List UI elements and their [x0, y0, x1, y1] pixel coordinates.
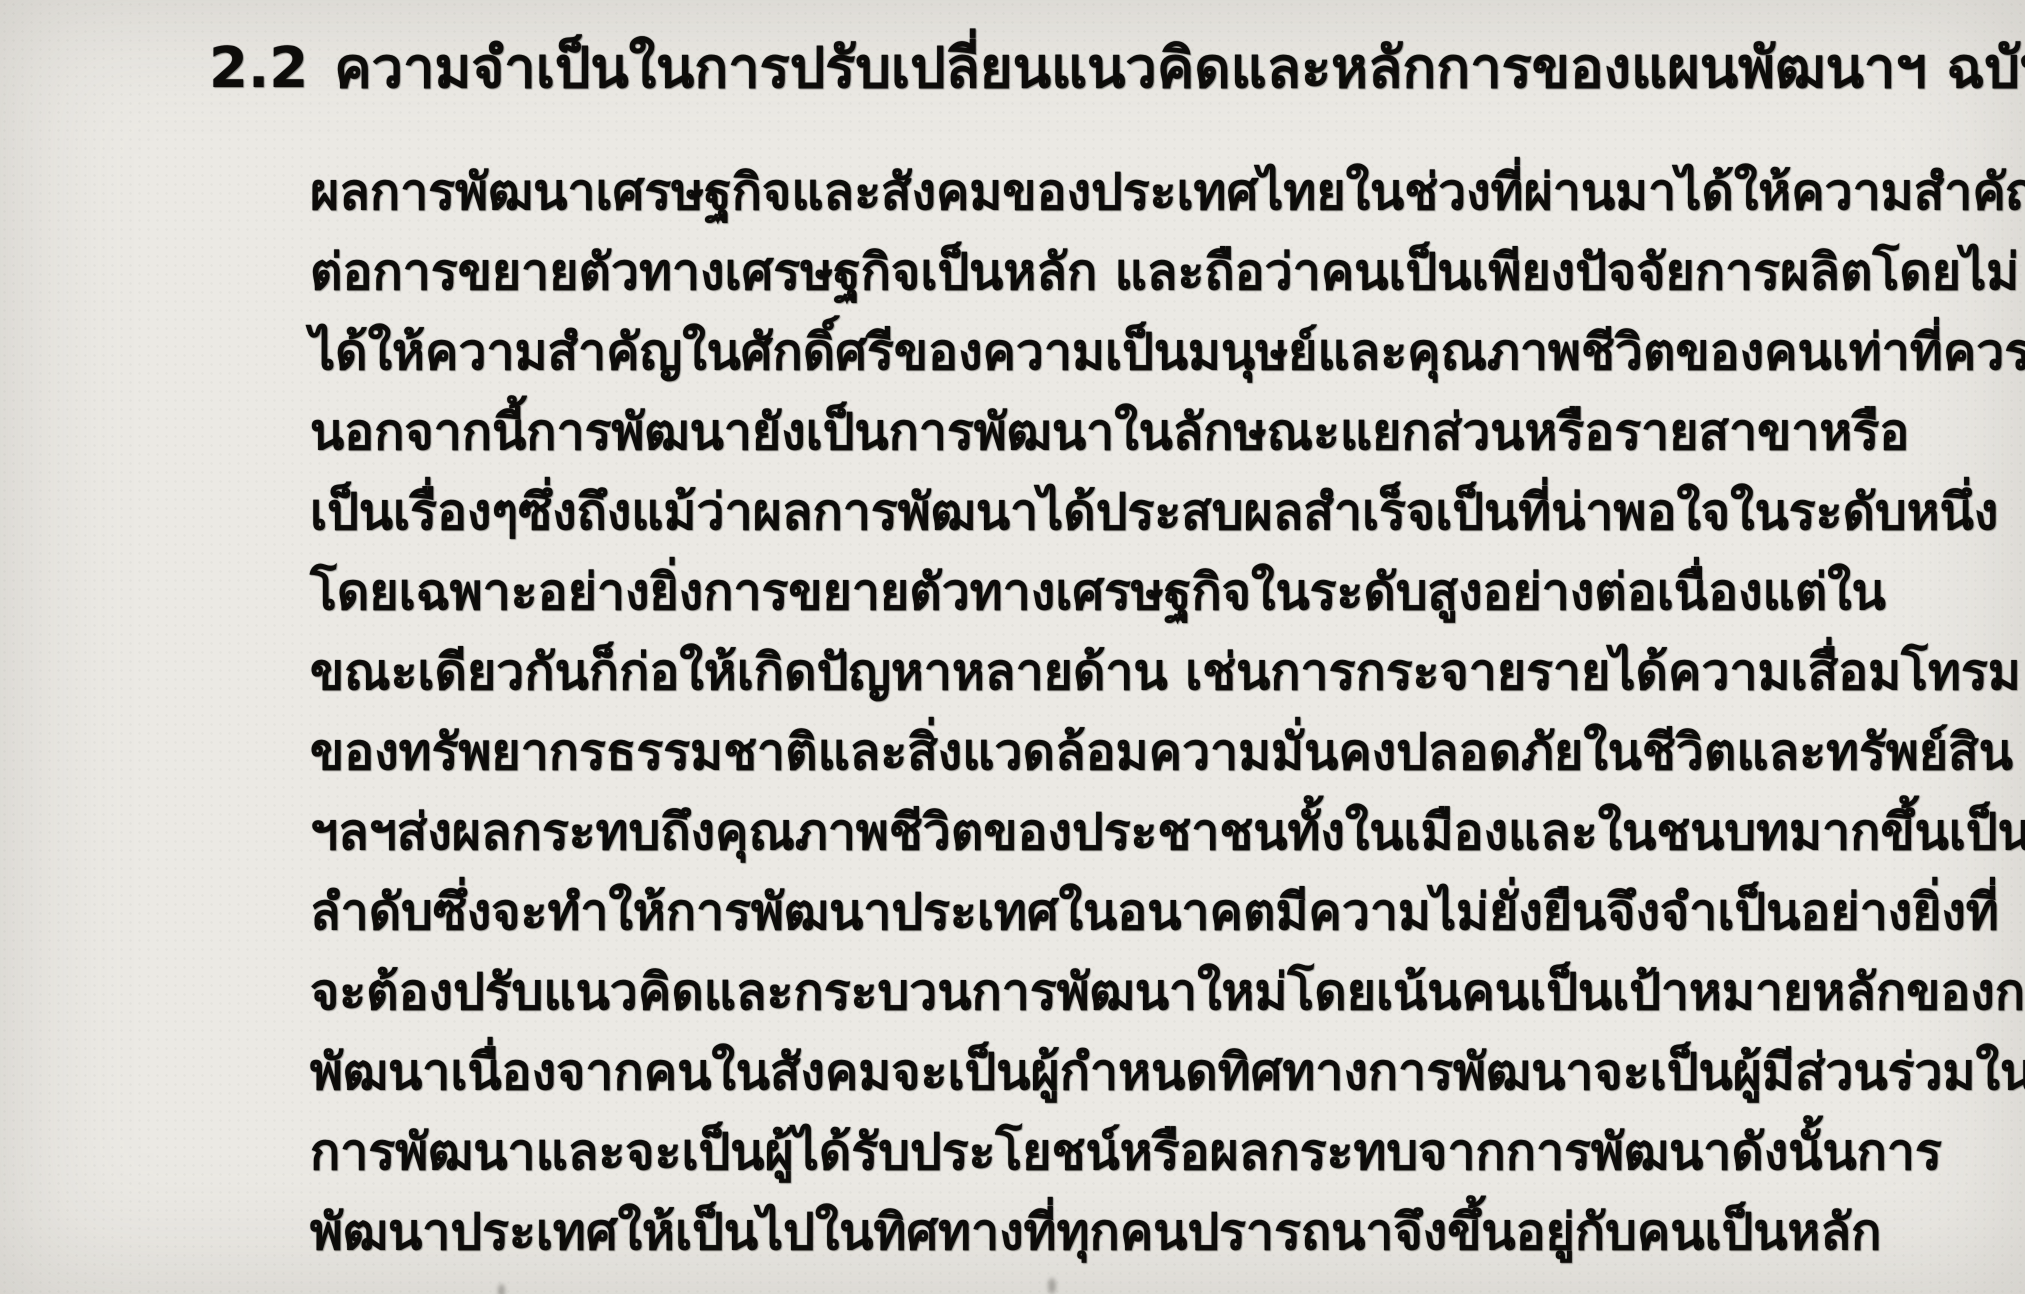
paragraph-line: พัฒนา เนื่องจากคนในสังคมจะเป็นผู้กำหนดทิ… — [310, 1032, 1806, 1112]
text-segment: ลำดับ — [310, 872, 433, 952]
paragraph-line: นอกจากนี้การพัฒนายังเป็นการพัฒนาในลักษณะ… — [310, 392, 1806, 472]
text-segment: พัฒนาประเทศให้เป็นไปในทิศทางที่ทุกคนปราร… — [310, 1192, 1881, 1272]
text-segment: จะต้องปรับแนวคิดและกระบวนการพัฒนาใหม่โดย… — [310, 952, 2025, 1032]
paragraph-line: ขณะเดียวกันก็ก่อให้เกิดปัญหาหลายด้าน เช่… — [310, 632, 1806, 712]
paragraph-line: ฯลฯ ส่งผลกระทบถึงคุณภาพชีวิตของประชาชนทั… — [310, 792, 1806, 872]
text-segment: นอกจากนี้การพัฒนายังเป็นการพัฒนาในลักษณะ… — [310, 392, 1819, 472]
text-segment: การกระจายรายได้ — [1270, 632, 1668, 712]
text-segment: ต่อการขยายตัวทางเศรษฐกิจเป็นหลัก และถือว… — [310, 232, 1961, 312]
scanned-document-page: 2.2 ความจำเป็นในการปรับเปลี่ยนแนวคิดและห… — [0, 0, 2025, 1294]
scan-smudge — [1048, 1278, 1056, 1294]
text-segment: ขณะเดียวกันก็ก่อให้เกิดปัญหาหลายด้าน เช่… — [310, 632, 1270, 712]
text-segment: ไม่ — [1961, 232, 2019, 312]
text-segment: หรือ — [1819, 392, 1909, 472]
section-heading: 2.2 ความจำเป็นในการปรับเปลี่ยนแนวคิดและห… — [209, 30, 1875, 108]
text-segment: ผลการพัฒนาเศรษฐกิจและสังคมของประเทศไทยใน… — [310, 152, 1676, 232]
paragraph-line: ผลการพัฒนาเศรษฐกิจและสังคมของประเทศไทยใน… — [310, 152, 1806, 232]
text-segment: ความเสื่อมโทรม — [1668, 632, 2021, 712]
scan-smudge — [498, 1284, 505, 1294]
paragraph-line: โดยเฉพาะอย่างยิ่งการขยายตัวทางเศรษฐกิจใน… — [310, 552, 1806, 632]
paragraph-line: การพัฒนาและจะเป็นผู้ได้รับประโยชน์หรือผล… — [310, 1112, 1806, 1192]
text-segment: ได้ให้ความสำคัญ — [1676, 152, 2025, 232]
section-number: 2.2 — [209, 30, 308, 108]
body-paragraph: ผลการพัฒนาเศรษฐกิจและสังคมของประเทศไทยใน… — [310, 152, 1806, 1272]
paragraph-line: พัฒนาประเทศให้เป็นไปในทิศทางที่ทุกคนปราร… — [310, 1192, 1806, 1272]
text-segment: จะเป็นผู้มีส่วนร่วมใน — [1593, 1032, 2025, 1112]
paragraph-line: ได้ให้ความสำคัญในศักดิ์ศรีของความเป็นมนุ… — [310, 312, 1806, 392]
text-segment: ส่งผลกระทบถึงคุณภาพชีวิตของประชาชนทั้งใน… — [397, 792, 2025, 872]
section-title: ความจำเป็นในการปรับเปลี่ยนแนวคิดและหลักก… — [334, 30, 2025, 108]
text-segment: เป็นเรื่องๆ — [310, 472, 518, 552]
text-segment: ของทรัพยากรธรรมชาติและสิ่งแวดล้อม — [310, 712, 1149, 792]
text-segment: จึงจำเป็นอย่างยิ่งที่ — [1606, 872, 1999, 952]
text-segment: ซึ่งถึงแม้ว่าผลการพัฒนาได้ประสบผลสำเร็จเ… — [518, 472, 1998, 552]
text-segment: ความมั่นคงปลอดภัยในชีวิตและทรัพย์สิน — [1149, 712, 2013, 792]
text-segment: ดังนั้นการ — [1731, 1112, 1941, 1192]
text-segment: การพัฒนาและจะเป็นผู้ได้รับประโยชน์หรือผล… — [310, 1112, 1731, 1192]
paragraph-line: ของทรัพยากรธรรมชาติและสิ่งแวดล้อม ความมั… — [310, 712, 1806, 792]
text-segment: แต่ใน — [1763, 552, 1886, 632]
paragraph-line: ลำดับ ซึ่งจะทำให้การพัฒนาประเทศในอนาคตมี… — [310, 872, 1806, 952]
paragraph-line: เป็นเรื่องๆ ซึ่งถึงแม้ว่าผลการพัฒนาได้ปร… — [310, 472, 1806, 552]
paragraph-line: จะต้องปรับแนวคิดและกระบวนการพัฒนาใหม่โดย… — [310, 952, 1806, 1032]
text-segment: ซึ่งจะทำให้การพัฒนาประเทศในอนาคตมีความไม… — [433, 872, 1606, 952]
text-segment: ได้ให้ความสำคัญในศักดิ์ศรีของความเป็นมนุ… — [310, 312, 2025, 392]
text-segment: พัฒนา — [310, 1032, 450, 1112]
text-segment: โดยเฉพาะอย่างยิ่งการขยายตัวทางเศรษฐกิจใน… — [310, 552, 1763, 632]
paragraph-line: ต่อการขยายตัวทางเศรษฐกิจเป็นหลัก และถือว… — [310, 232, 1806, 312]
text-segment: ฯลฯ — [310, 792, 397, 872]
text-segment: เนื่องจากคนในสังคมจะเป็นผู้กำหนดทิศทางกา… — [450, 1032, 1593, 1112]
